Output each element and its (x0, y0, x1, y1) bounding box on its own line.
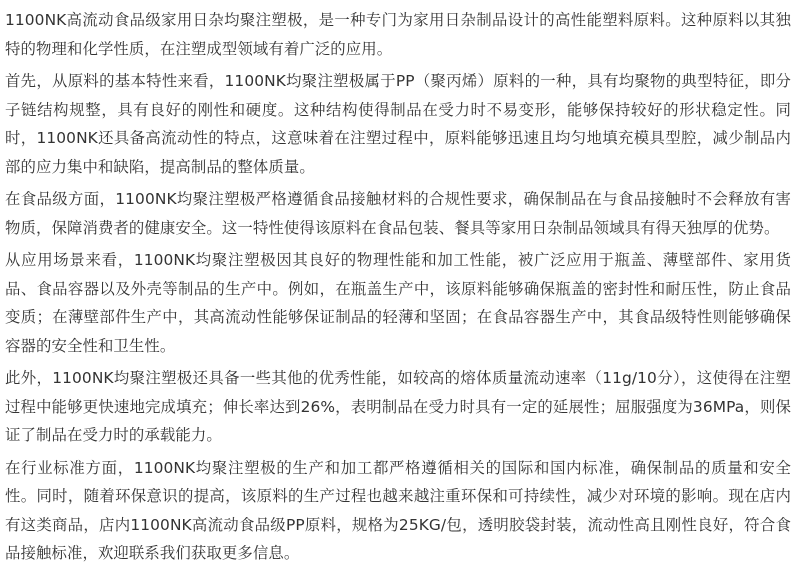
paragraph-intro: 1100NK高流动食品级家用日杂均聚注塑极，是一种专门为家用日杂制品设计的高性能… (5, 6, 791, 63)
paragraph-food-grade: 在食品级方面，1100NK均聚注塑极严格遵循食品接触材料的合规性要求，确保制品在… (5, 185, 791, 242)
article-body: 1100NK高流动食品级家用日杂均聚注塑极，是一种专门为家用日杂制品设计的高性能… (5, 6, 791, 570)
paragraph-basic-properties: 首先，从原料的基本特性来看，1100NK均聚注塑极属于PP（聚丙烯）原料的一种，… (5, 67, 791, 181)
paragraph-other-performance: 此外，1100NK均聚注塑极还具备一些其他的优秀性能，如较高的熔体质量流动速率（… (5, 364, 791, 450)
paragraph-industry-standards: 在行业标准方面，1100NK均聚注塑极的生产和加工都严格遵循相关的国际和国内标准… (5, 454, 791, 568)
paragraph-applications: 从应用场景来看，1100NK均聚注塑极因其良好的物理性能和加工性能，被广泛应用于… (5, 246, 791, 360)
